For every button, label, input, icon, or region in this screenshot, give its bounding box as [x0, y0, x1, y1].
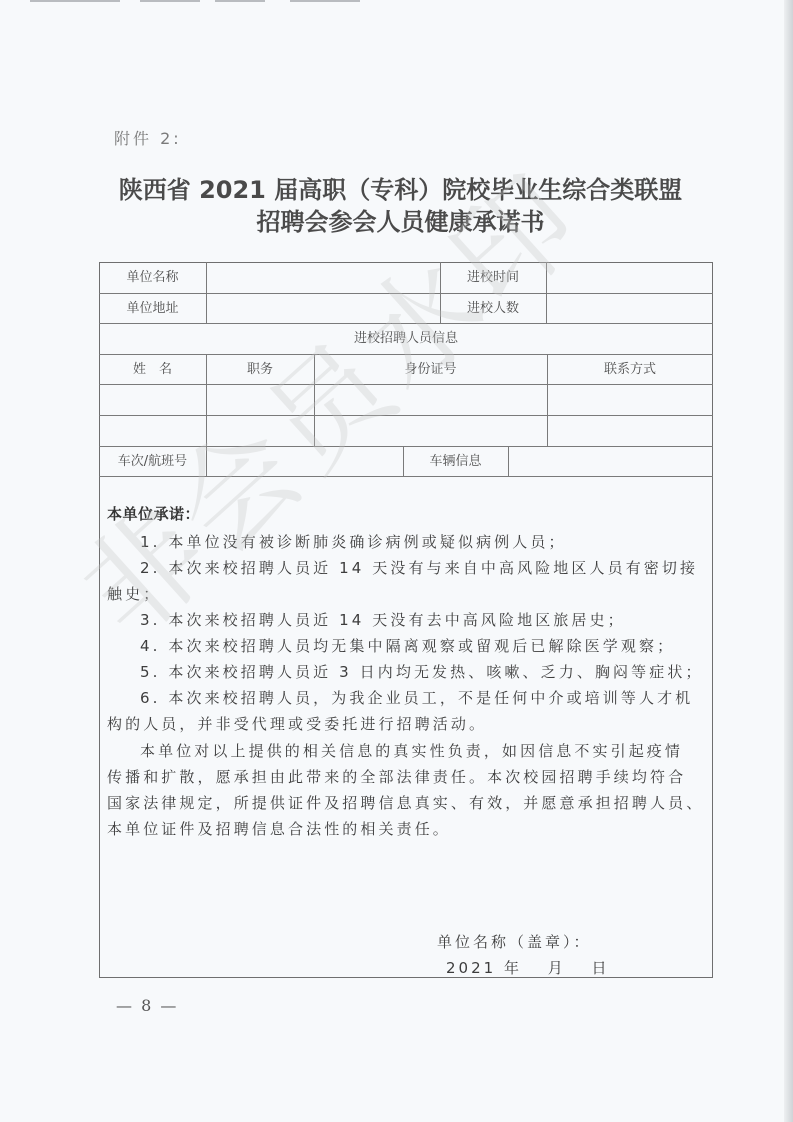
pledge-statement-line-2: 传播和扩散，愿承担由此带来的全部法律责任。本次校园招聘手续均符合 — [107, 766, 707, 787]
document-title-line1: 陕西省 2021 届高职（专科）院校毕业生综合类联盟 — [4, 170, 793, 205]
recruiter-2-position-field[interactable] — [207, 416, 314, 445]
pledge-item-6-cont: 构的人员，并非受代理或受委托进行招聘活动。 — [107, 713, 707, 734]
recruiter-1-position-field[interactable] — [207, 385, 314, 414]
pledge-item-5: 5. 本次来校招聘人员近 3 日内均无发热、咳嗽、乏力、胸闷等症状； — [140, 661, 740, 682]
pledge-statement-line-1: 本单位对以上提供的相关信息的真实性负责，如因信息不实引起疫情 — [140, 740, 740, 761]
page-number: — 8 — — [116, 996, 178, 1015]
column-header-contact: 联系方式 — [547, 354, 713, 385]
flight-train-number-field[interactable] — [207, 447, 403, 476]
vehicle-info-label: 车辆信息 — [403, 446, 508, 477]
pledge-item-3: 3. 本次来校招聘人员近 14 天没有去中高风险地区旅居史； — [140, 609, 740, 630]
vehicle-info-field[interactable] — [509, 447, 713, 476]
pledge-item-2: 2. 本次来校招聘人员近 14 天没有与来自中高风险地区人员有密切接 — [140, 557, 740, 578]
document-title-line2: 招聘会参会人员健康承诺书 — [4, 202, 793, 237]
column-header-id-number: 身份证号 — [314, 354, 547, 385]
pledge-item-1: 1. 本单位没有被诊断肺炎确诊病例或疑似病例人员； — [140, 531, 740, 552]
visit-time-label: 进校时间 — [440, 262, 546, 293]
pledge-heading: 本单位承诺： — [107, 503, 707, 524]
unit-address-field[interactable] — [207, 294, 440, 323]
unit-address-label: 单位地址 — [99, 293, 206, 324]
pledge-item-4: 4. 本次来校招聘人员均无集中隔离观察或留观后已解除医学观察； — [140, 635, 740, 656]
recruiter-1-name-field[interactable] — [100, 385, 206, 414]
flight-train-number-label: 车次/航班号 — [99, 446, 206, 477]
pledge-statement-line-4: 本单位证件及招聘信息合法性的相关责任。 — [107, 818, 707, 839]
column-header-name: 姓 名 — [99, 354, 206, 385]
recruiter-2-id-field[interactable] — [315, 416, 547, 445]
scan-edge-shadow — [784, 0, 793, 1122]
attachment-label: 附件 2: — [114, 126, 182, 149]
unit-name-field[interactable] — [207, 263, 440, 292]
recruiter-2-name-field[interactable] — [100, 416, 206, 445]
unit-seal-label: 单位名称（盖章）： — [437, 931, 592, 952]
recruiter-info-section-header: 进校招聘人员信息 — [99, 323, 713, 354]
pledge-item-2-cont: 触史； — [107, 583, 707, 604]
visitor-count-field[interactable] — [547, 294, 713, 323]
column-header-position: 职务 — [206, 354, 314, 385]
pledge-item-6: 6. 本次来校招聘人员，为我企业员工，不是任何中介或培训等人才机 — [140, 687, 740, 708]
signature-date[interactable]: 2021 年 月 日 — [446, 957, 609, 978]
scan-artifacts — [0, 0, 793, 2]
visit-time-field[interactable] — [547, 263, 713, 292]
recruiter-1-id-field[interactable] — [315, 385, 547, 414]
unit-name-label: 单位名称 — [99, 262, 206, 293]
pledge-statement-line-3: 国家法律规定，所提供证件及招聘信息真实、有效，并愿意承担招聘人员、 — [107, 792, 707, 813]
visitor-count-label: 进校人数 — [440, 293, 546, 324]
recruiter-1-contact-field[interactable] — [548, 385, 713, 414]
recruiter-2-contact-field[interactable] — [548, 416, 713, 445]
